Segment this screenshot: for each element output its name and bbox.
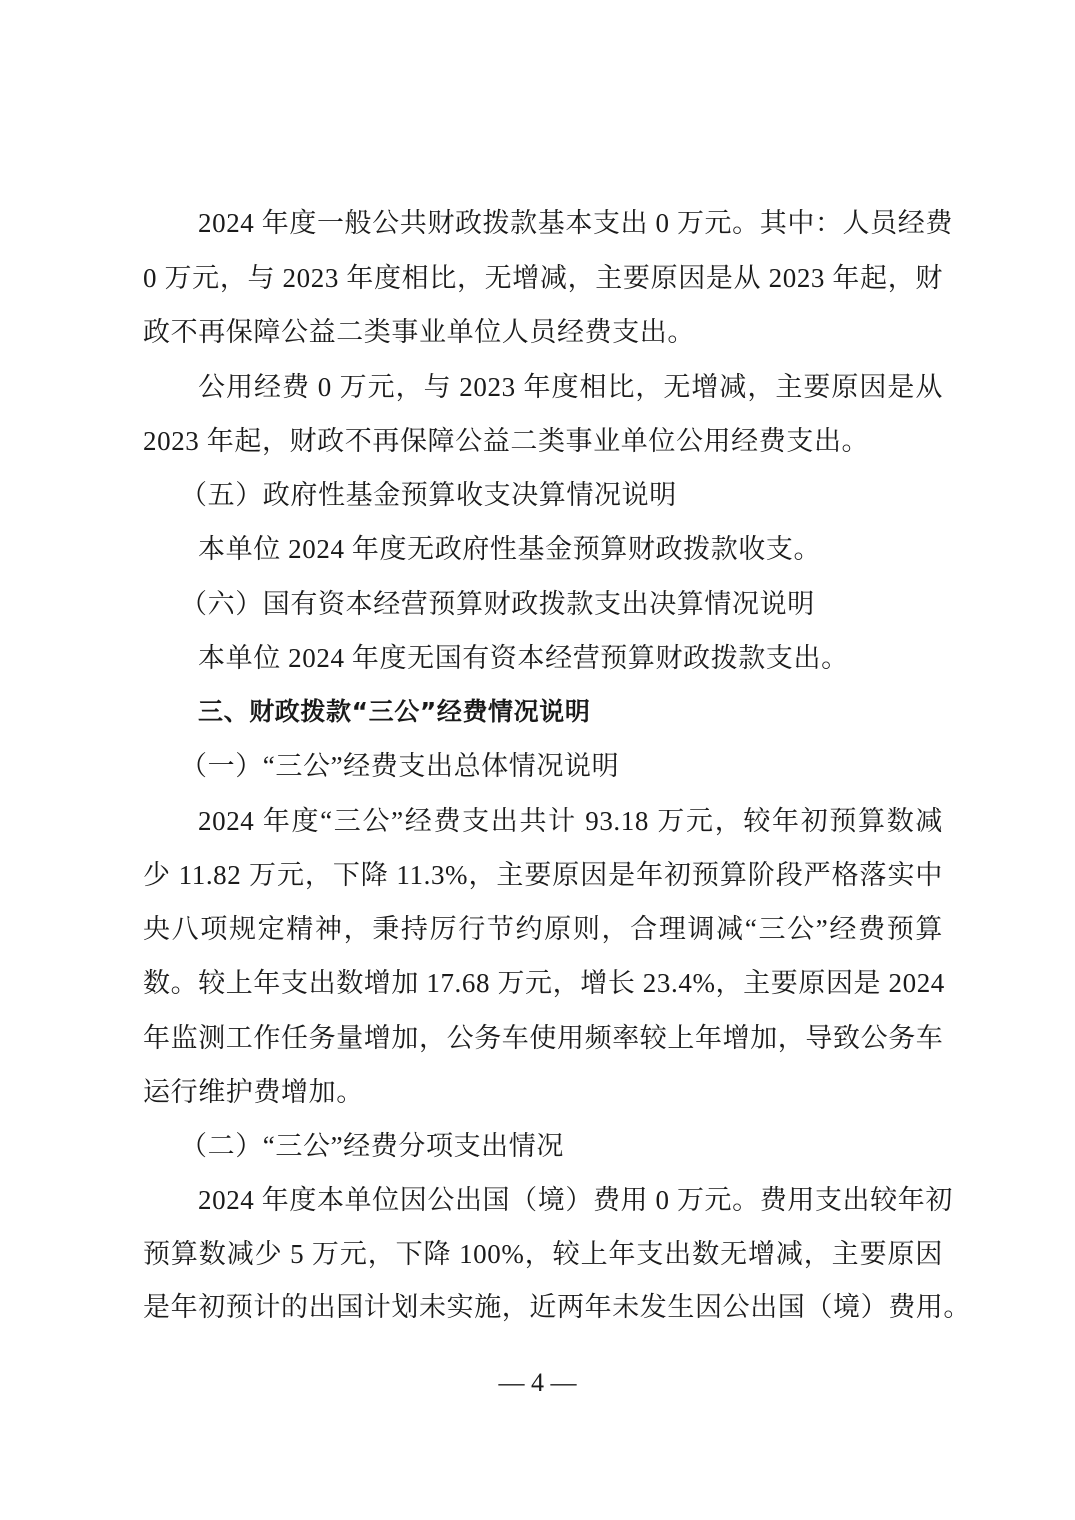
paragraph-line: 是年初预计的出国计划未实施，近两年未发生因公出国（境）费用。 [143,1289,943,1325]
paragraph-line: 2024 年度本单位因公出国（境）费用 0 万元。费用支出较年初 [198,1182,943,1218]
paragraph-line: 数。较上年支出数增加 17.68 万元，增长 23.4%，主要原因是 2024 [143,965,943,1001]
paragraph-line: 少 11.82 万元，下降 11.3%，主要原因是年初预算阶段严格落实中 [143,857,943,893]
paragraph-line: 0 万元，与 2023 年度相比，无增减，主要原因是从 2023 年起，财 [143,260,943,296]
page-number: — 4 — [0,1366,1075,1400]
paragraph-line: 政不再保障公益二类事业单位人员经费支出。 [143,314,943,350]
paragraph-line: 预算数减少 5 万元，下降 100%，较上年支出数无增减，主要原因 [143,1236,943,1272]
subsection-heading: （一）“三公”经费支出总体情况说明 [180,748,980,784]
paragraph-line: 本单位 2024 年度无国有资本经营预算财政拨款支出。 [198,640,943,676]
paragraph-line: 2024 年度一般公共财政拨款基本支出 0 万元。其中：人员经费 [198,205,943,241]
paragraph-line: 2023 年起，财政不再保障公益二类事业单位公用经费支出。 [143,423,943,459]
paragraph-line: 公用经费 0 万元，与 2023 年度相比，无增减，主要原因是从 [198,369,943,405]
subsection-heading: （六）国有资本经营预算财政拨款支出决算情况说明 [180,586,980,622]
paragraph-line: 2024 年度“三公”经费支出共计 93.18 万元，较年初预算数减 [198,803,943,839]
paragraph-line: 运行维护费增加。 [143,1074,943,1110]
subsection-heading: （五）政府性基金预算收支决算情况说明 [180,477,980,513]
paragraph-line: 本单位 2024 年度无政府性基金预算财政拨款收支。 [198,531,943,567]
section-heading: 三、财政拨款“三公”经费情况说明 [198,694,943,730]
paragraph-line: 央八项规定精神，秉持厉行节约原则，合理调减“三公”经费预算 [143,911,943,947]
document-page: 2024 年度一般公共财政拨款基本支出 0 万元。其中：人员经费0 万元，与 2… [0,0,1075,1520]
subsection-heading: （二）“三公”经费分项支出情况 [180,1128,980,1164]
paragraph-line: 年监测工作任务量增加，公务车使用频率较上年增加，导致公务车 [143,1020,943,1056]
